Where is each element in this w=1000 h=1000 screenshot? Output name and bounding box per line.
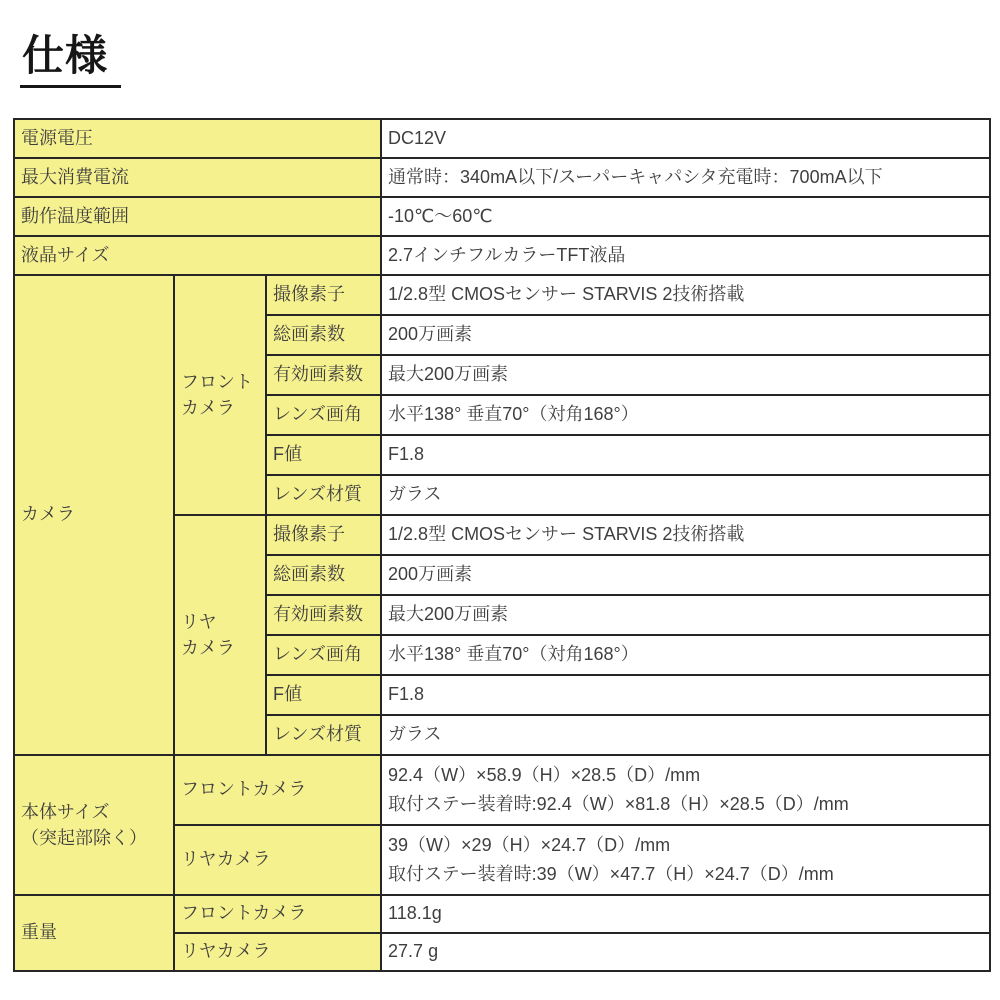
spec-value-cell: 1/2.8型 CMOSセンサー STARVIS 2技術搭載: [381, 515, 990, 555]
spec-value-cell: 27.7 g: [381, 933, 990, 971]
table-row: 本体サイズ （突起部除く） フロントカメラ 92.4（W）×58.9（H）×28…: [14, 755, 990, 825]
spec-value-cell: DC12V: [381, 119, 990, 158]
table-row: 最大消費電流 通常時：340mA以下/スーパーキャパシタ充電時：700mA以下: [14, 158, 990, 197]
spec-value-cell: 最大200万画素: [381, 595, 990, 635]
spec-value-cell: ガラス: [381, 475, 990, 515]
spec-label-cell: レンズ材質: [266, 475, 381, 515]
body-size-label: 本体サイズ （突起部除く）: [14, 755, 174, 895]
size-value-line2: 取付ステー装着時:39（W）×47.7（H）×24.7（D）/mm: [388, 860, 983, 889]
front-camera-label-line1: フロント: [181, 369, 259, 395]
spec-value-cell: 39（W）×29（H）×24.7（D）/mm 取付ステー装着時:39（W）×47…: [381, 825, 990, 895]
spec-value-cell: -10℃～60℃: [381, 197, 990, 236]
spec-value-cell: 200万画素: [381, 555, 990, 595]
rear-camera-label-line2: カメラ: [181, 635, 259, 661]
spec-value-cell: 最大200万画素: [381, 355, 990, 395]
table-row: カメラ フロント カメラ 撮像素子 1/2.8型 CMOSセンサー STARVI…: [14, 275, 990, 315]
size-value-line1: 39（W）×29（H）×24.7（D）/mm: [388, 831, 983, 860]
spec-label-cell: フロントカメラ: [174, 755, 381, 825]
spec-value-cell: 水平138° 垂直70°（対角168°）: [381, 635, 990, 675]
rear-camera-label: リヤ カメラ: [174, 515, 266, 755]
size-value-line1: 92.4（W）×58.9（H）×28.5（D）/mm: [388, 761, 983, 790]
front-camera-label: フロント カメラ: [174, 275, 266, 515]
size-value-line2: 取付ステー装着時:92.4（W）×81.8（H）×28.5（D）/mm: [388, 790, 983, 819]
spec-label-cell: 液晶サイズ: [14, 236, 381, 275]
camera-group-label: カメラ: [14, 275, 174, 755]
spec-label-cell: リヤカメラ: [174, 933, 381, 971]
spec-label-cell: 有効画素数: [266, 595, 381, 635]
spec-value-cell: 118.1g: [381, 895, 990, 933]
spec-label-cell: 撮像素子: [266, 515, 381, 555]
front-camera-label-line2: カメラ: [181, 395, 259, 421]
table-row: 電源電圧 DC12V: [14, 119, 990, 158]
spec-label-cell: 動作温度範囲: [14, 197, 381, 236]
spec-label-cell: フロントカメラ: [174, 895, 381, 933]
spec-value-cell: F1.8: [381, 435, 990, 475]
spec-label-cell: レンズ画角: [266, 395, 381, 435]
spec-label-cell: レンズ画角: [266, 635, 381, 675]
weight-label: 重量: [14, 895, 174, 971]
body-size-label-line2: （突起部除く）: [21, 825, 167, 851]
spec-label-cell: 最大消費電流: [14, 158, 381, 197]
spec-value-cell: 通常時：340mA以下/スーパーキャパシタ充電時：700mA以下: [381, 158, 990, 197]
spec-label-cell: 総画素数: [266, 555, 381, 595]
spec-label-cell: F値: [266, 435, 381, 475]
spec-value-cell: F1.8: [381, 675, 990, 715]
spec-label-cell: リヤカメラ: [174, 825, 381, 895]
spec-value-cell: ガラス: [381, 715, 990, 755]
page-title: 仕様: [20, 32, 121, 88]
spec-label-cell: 電源電圧: [14, 119, 381, 158]
table-row: 動作温度範囲 -10℃～60℃: [14, 197, 990, 236]
spec-table: 電源電圧 DC12V 最大消費電流 通常時：340mA以下/スーパーキャパシタ充…: [13, 118, 991, 972]
spec-value-cell: 200万画素: [381, 315, 990, 355]
rear-camera-label-line1: リヤ: [181, 609, 259, 635]
table-row: 液晶サイズ 2.7インチフルカラーTFT液晶: [14, 236, 990, 275]
spec-label-cell: 撮像素子: [266, 275, 381, 315]
spec-value-cell: 2.7インチフルカラーTFT液晶: [381, 236, 990, 275]
spec-label-cell: レンズ材質: [266, 715, 381, 755]
spec-value-cell: 92.4（W）×58.9（H）×28.5（D）/mm 取付ステー装着時:92.4…: [381, 755, 990, 825]
spec-value-cell: 1/2.8型 CMOSセンサー STARVIS 2技術搭載: [381, 275, 990, 315]
spec-label-cell: 総画素数: [266, 315, 381, 355]
spec-value-cell: 水平138° 垂直70°（対角168°）: [381, 395, 990, 435]
table-row: 重量 フロントカメラ 118.1g: [14, 895, 990, 933]
spec-label-cell: 有効画素数: [266, 355, 381, 395]
body-size-label-line1: 本体サイズ: [21, 799, 167, 825]
spec-label-cell: F値: [266, 675, 381, 715]
spec-page: 仕様 電源電圧 DC12V 最大消費電流 通常時：340mA以下/スーパーキャパ…: [0, 0, 1000, 1000]
